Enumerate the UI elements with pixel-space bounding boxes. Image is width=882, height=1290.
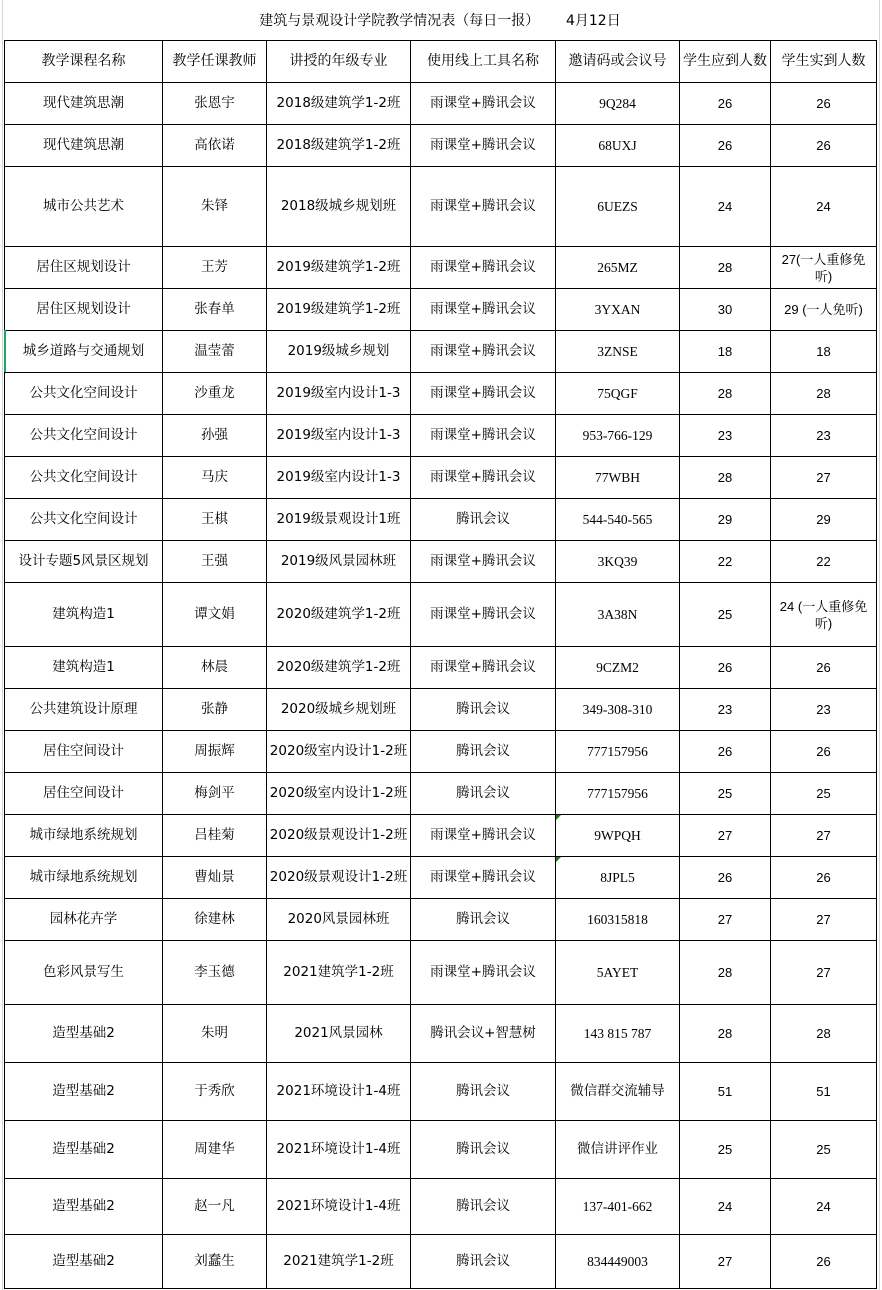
- cell-expected-count[interactable]: 25: [680, 583, 771, 647]
- table-row: 居住区规划设计张春单2019级建筑学1-2班雨课堂+腾讯会议3YXAN3029 …: [5, 289, 877, 331]
- cell-class[interactable]: 2019级建筑学1-2班: [267, 289, 411, 331]
- cell-meeting-code[interactable]: 777157956: [556, 773, 680, 815]
- cell-actual-count[interactable]: 26: [771, 647, 877, 689]
- cell-meeting-code[interactable]: 3YXAN: [556, 289, 680, 331]
- table-row: 公共文化空间设计马庆2019级室内设计1-3雨课堂+腾讯会议77WBH2827: [5, 457, 877, 499]
- table-row: 造型基础2刘蠢生2021建筑学1-2班腾讯会议8344490032726: [5, 1235, 877, 1289]
- cell-teacher[interactable]: 王芳: [163, 247, 267, 289]
- cell-actual-count[interactable]: 27: [771, 457, 877, 499]
- cell-teacher[interactable]: 张恩宇: [163, 83, 267, 125]
- cell-online-tool[interactable]: 腾讯会议: [411, 1179, 556, 1235]
- cell-actual-count[interactable]: 27: [771, 815, 877, 857]
- cell-teacher[interactable]: 李玉德: [163, 941, 267, 1005]
- cell-meeting-code[interactable]: 3A38N: [556, 583, 680, 647]
- cell-expected-count[interactable]: 26: [680, 857, 771, 899]
- cell-comment-marker: [556, 815, 561, 820]
- table-row: 色彩风景写生李玉德2021建筑学1-2班雨课堂+腾讯会议5AYET2827: [5, 941, 877, 1005]
- cell-course-name[interactable]: 城市公共艺术: [5, 167, 163, 247]
- cell-actual-count[interactable]: 29 (一人免听): [771, 289, 877, 331]
- cell-class[interactable]: 2019级城乡规划: [267, 331, 411, 373]
- cell-teacher[interactable]: 刘蠢生: [163, 1235, 267, 1289]
- cell-teacher[interactable]: 梅剑平: [163, 773, 267, 815]
- cell-teacher[interactable]: 徐建林: [163, 899, 267, 941]
- cell-course-name[interactable]: 园林花卉学: [5, 899, 163, 941]
- cell-online-tool[interactable]: 雨课堂+腾讯会议: [411, 857, 556, 899]
- cell-expected-count[interactable]: 25: [680, 1121, 771, 1179]
- cell-course-name[interactable]: 公共建筑设计原理: [5, 689, 163, 731]
- table-row: 现代建筑思潮张恩宇2018级建筑学1-2班雨课堂+腾讯会议9Q2842626: [5, 83, 877, 125]
- cell-class[interactable]: 2021环境设计1-4班: [267, 1179, 411, 1235]
- cell-online-tool[interactable]: 腾讯会议: [411, 689, 556, 731]
- cell-teacher[interactable]: 朱明: [163, 1005, 267, 1063]
- cell-course-name[interactable]: 公共文化空间设计: [5, 415, 163, 457]
- cell-meeting-code[interactable]: 834449003: [556, 1235, 680, 1289]
- cell-expected-count[interactable]: 26: [680, 647, 771, 689]
- cell-course-name[interactable]: 居住空间设计: [5, 773, 163, 815]
- cell-teacher[interactable]: 于秀欣: [163, 1063, 267, 1121]
- table-row: 现代建筑思潮高依诺2018级建筑学1-2班雨课堂+腾讯会议68UXJ2626: [5, 125, 877, 167]
- cell-meeting-code[interactable]: 349-308-310: [556, 689, 680, 731]
- cell-meeting-code[interactable]: 5AYET: [556, 941, 680, 1005]
- cell-course-name[interactable]: 色彩风景写生: [5, 941, 163, 1005]
- cell-actual-count[interactable]: 51: [771, 1063, 877, 1121]
- header-meeting-code[interactable]: 邀请码或会议号: [556, 41, 680, 83]
- cell-course-name[interactable]: 现代建筑思潮: [5, 83, 163, 125]
- cell-expected-count[interactable]: 28: [680, 457, 771, 499]
- cell-meeting-code[interactable]: 75QGF: [556, 373, 680, 415]
- cell-class[interactable]: 2021环境设计1-4班: [267, 1121, 411, 1179]
- cell-course-name[interactable]: 造型基础2: [5, 1235, 163, 1289]
- cell-teacher[interactable]: 王强: [163, 541, 267, 583]
- table-row: 设计专题5风景区规划王强2019级风景园林班雨课堂+腾讯会议3KQ392222: [5, 541, 877, 583]
- cell-teacher[interactable]: 孙强: [163, 415, 267, 457]
- cell-class[interactable]: 2018级城乡规划班: [267, 167, 411, 247]
- cell-actual-count[interactable]: 26: [771, 1235, 877, 1289]
- cell-meeting-code[interactable]: 544-540-565: [556, 499, 680, 541]
- cell-expected-count[interactable]: 30: [680, 289, 771, 331]
- cell-class[interactable]: 2019级室内设计1-3: [267, 415, 411, 457]
- table-row: 造型基础2周建华2021环境设计1-4班腾讯会议微信讲评作业2525: [5, 1121, 877, 1179]
- cell-course-name[interactable]: 造型基础2: [5, 1063, 163, 1121]
- cell-actual-count[interactable]: 23: [771, 415, 877, 457]
- table-row: 城市绿地系统规划曹灿景2020级景观设计1-2班雨课堂+腾讯会议8JPL5262…: [5, 857, 877, 899]
- cell-teacher[interactable]: 温莹蕾: [163, 331, 267, 373]
- cell-actual-count[interactable]: 27: [771, 899, 877, 941]
- cell-online-tool[interactable]: 腾讯会议: [411, 773, 556, 815]
- cell-class[interactable]: 2021风景园林: [267, 1005, 411, 1063]
- header-online-tool[interactable]: 使用线上工具名称: [411, 41, 556, 83]
- table-row: 城乡道路与交通规划温莹蕾2019级城乡规划雨课堂+腾讯会议3ZNSE1818: [5, 331, 877, 373]
- cell-course-name[interactable]: 造型基础2: [5, 1121, 163, 1179]
- table-row: 建筑构造1林晨2020级建筑学1-2班雨课堂+腾讯会议9CZM22626: [5, 647, 877, 689]
- cell-actual-count[interactable]: 28: [771, 373, 877, 415]
- cell-course-name[interactable]: 建筑构造1: [5, 647, 163, 689]
- header-expected-count[interactable]: 学生应到人数: [680, 41, 771, 83]
- cell-meeting-code[interactable]: 6UEZS: [556, 167, 680, 247]
- cell-actual-count[interactable]: 23: [771, 689, 877, 731]
- cell-online-tool[interactable]: 雨课堂+腾讯会议: [411, 583, 556, 647]
- table-row: 居住空间设计梅剑平2020级室内设计1-2班腾讯会议7771579562525: [5, 773, 877, 815]
- cell-expected-count[interactable]: 26: [680, 125, 771, 167]
- cell-actual-count[interactable]: 22: [771, 541, 877, 583]
- cell-actual-count[interactable]: 28: [771, 1005, 877, 1063]
- sheet-gridline-left: [2, 0, 3, 1290]
- cell-class[interactable]: 2019级建筑学1-2班: [267, 247, 411, 289]
- cell-meeting-code[interactable]: 9Q284: [556, 83, 680, 125]
- cell-actual-count[interactable]: 24: [771, 1179, 877, 1235]
- cell-actual-count[interactable]: 27(一人重修免听): [771, 247, 877, 289]
- cell-course-name[interactable]: 公共文化空间设计: [5, 499, 163, 541]
- cell-expected-count[interactable]: 27: [680, 899, 771, 941]
- cell-teacher[interactable]: 马庆: [163, 457, 267, 499]
- cell-course-name[interactable]: 公共文化空间设计: [5, 457, 163, 499]
- cell-expected-count[interactable]: 27: [680, 1235, 771, 1289]
- cell-class[interactable]: 2020级景观设计1-2班: [267, 815, 411, 857]
- cell-actual-count[interactable]: 27: [771, 941, 877, 1005]
- cell-expected-count[interactable]: 28: [680, 941, 771, 1005]
- cell-actual-count[interactable]: 24 (一人重修免听): [771, 583, 877, 647]
- cell-class[interactable]: 2020级建筑学1-2班: [267, 583, 411, 647]
- table-row: 建筑构造1谭文娟2020级建筑学1-2班雨课堂+腾讯会议3A38N2524 (一…: [5, 583, 877, 647]
- selected-cell-indicator: [4, 330, 6, 372]
- teaching-report-table: 教学课程名称教学任课教师讲授的年级专业使用线上工具名称邀请码或会议号学生应到人数…: [4, 40, 877, 1289]
- cell-class[interactable]: 2020风景园林班: [267, 899, 411, 941]
- cell-teacher[interactable]: 张静: [163, 689, 267, 731]
- header-course-name[interactable]: 教学课程名称: [5, 41, 163, 83]
- cell-online-tool[interactable]: 腾讯会议: [411, 1063, 556, 1121]
- cell-online-tool[interactable]: 腾讯会议+智慧树: [411, 1005, 556, 1063]
- cell-class[interactable]: 2020级城乡规划班: [267, 689, 411, 731]
- cell-expected-count[interactable]: 25: [680, 773, 771, 815]
- cell-expected-count[interactable]: 23: [680, 415, 771, 457]
- cell-expected-count[interactable]: 51: [680, 1063, 771, 1121]
- cell-course-name[interactable]: 城市绿地系统规划: [5, 815, 163, 857]
- cell-online-tool[interactable]: 腾讯会议: [411, 499, 556, 541]
- cell-meeting-code[interactable]: 143 815 787: [556, 1005, 680, 1063]
- cell-meeting-code[interactable]: 9CZM2: [556, 647, 680, 689]
- cell-actual-count[interactable]: 26: [771, 857, 877, 899]
- cell-meeting-code[interactable]: 777157956: [556, 731, 680, 773]
- table-row: 公共文化空间设计孙强2019级室内设计1-3雨课堂+腾讯会议953-766-12…: [5, 415, 877, 457]
- cell-expected-count[interactable]: 28: [680, 247, 771, 289]
- cell-course-name[interactable]: 设计专题5风景区规划: [5, 541, 163, 583]
- cell-course-name[interactable]: 居住区规划设计: [5, 289, 163, 331]
- sheet-gridline-right: [879, 0, 880, 1290]
- cell-class[interactable]: 2021建筑学1-2班: [267, 941, 411, 1005]
- sheet-title: 建筑与景观设计学院教学情况表（每日一报） 4月12日: [4, 0, 876, 40]
- cell-course-name[interactable]: 居住空间设计: [5, 731, 163, 773]
- cell-online-tool[interactable]: 雨课堂+腾讯会议: [411, 373, 556, 415]
- cell-meeting-code[interactable]: 77WBH: [556, 457, 680, 499]
- cell-class[interactable]: 2018级建筑学1-2班: [267, 125, 411, 167]
- cell-class[interactable]: 2019级室内设计1-3: [267, 457, 411, 499]
- cell-expected-count[interactable]: 29: [680, 499, 771, 541]
- cell-teacher[interactable]: 周振辉: [163, 731, 267, 773]
- table-row: 公共文化空间设计王棋2019级景观设计1班腾讯会议544-540-5652929: [5, 499, 877, 541]
- cell-actual-count[interactable]: 29: [771, 499, 877, 541]
- cell-teacher[interactable]: 朱铎: [163, 167, 267, 247]
- cell-course-name[interactable]: 造型基础2: [5, 1179, 163, 1235]
- cell-class[interactable]: 2019级风景园林班: [267, 541, 411, 583]
- cell-online-tool[interactable]: 雨课堂+腾讯会议: [411, 125, 556, 167]
- cell-course-name[interactable]: 城乡道路与交通规划: [5, 331, 163, 373]
- cell-online-tool[interactable]: 雨课堂+腾讯会议: [411, 289, 556, 331]
- cell-actual-count[interactable]: 26: [771, 125, 877, 167]
- cell-teacher[interactable]: 林晨: [163, 647, 267, 689]
- cell-teacher[interactable]: 赵一凡: [163, 1179, 267, 1235]
- table-row: 造型基础2赵一凡2021环境设计1-4班腾讯会议137-401-6622424: [5, 1179, 877, 1235]
- header-actual-count[interactable]: 学生实到人数: [771, 41, 877, 83]
- cell-online-tool[interactable]: 腾讯会议: [411, 1235, 556, 1289]
- table-row: 造型基础2朱明2021风景园林腾讯会议+智慧树143 815 7872828: [5, 1005, 877, 1063]
- cell-online-tool[interactable]: 腾讯会议: [411, 731, 556, 773]
- cell-course-name[interactable]: 建筑构造1: [5, 583, 163, 647]
- cell-teacher[interactable]: 沙重龙: [163, 373, 267, 415]
- cell-expected-count[interactable]: 22: [680, 541, 771, 583]
- cell-meeting-code[interactable]: 160315818: [556, 899, 680, 941]
- cell-expected-count[interactable]: 27: [680, 815, 771, 857]
- cell-course-name[interactable]: 公共文化空间设计: [5, 373, 163, 415]
- cell-online-tool[interactable]: 雨课堂+腾讯会议: [411, 331, 556, 373]
- cell-expected-count[interactable]: 24: [680, 1179, 771, 1235]
- cell-expected-count[interactable]: 26: [680, 731, 771, 773]
- table-row: 园林花卉学徐建林2020风景园林班腾讯会议1603158182727: [5, 899, 877, 941]
- cell-online-tool[interactable]: 雨课堂+腾讯会议: [411, 83, 556, 125]
- cell-teacher[interactable]: 吕桂菊: [163, 815, 267, 857]
- cell-course-name[interactable]: 居住区规划设计: [5, 247, 163, 289]
- cell-online-tool[interactable]: 雨课堂+腾讯会议: [411, 541, 556, 583]
- table-row: 居住空间设计周振辉2020级室内设计1-2班腾讯会议7771579562626: [5, 731, 877, 773]
- cell-meeting-code[interactable]: 3ZNSE: [556, 331, 680, 373]
- cell-class[interactable]: 2019级室内设计1-3: [267, 373, 411, 415]
- table-row: 城市公共艺术朱铎2018级城乡规划班雨课堂+腾讯会议6UEZS2424: [5, 167, 877, 247]
- cell-online-tool[interactable]: 雨课堂+腾讯会议: [411, 415, 556, 457]
- cell-class[interactable]: 2019级景观设计1班: [267, 499, 411, 541]
- table-row: 公共文化空间设计沙重龙2019级室内设计1-3雨课堂+腾讯会议75QGF2828: [5, 373, 877, 415]
- cell-actual-count[interactable]: 26: [771, 83, 877, 125]
- cell-meeting-code[interactable]: 9WPQH: [556, 815, 680, 857]
- cell-class[interactable]: 2020级景观设计1-2班: [267, 857, 411, 899]
- cell-class[interactable]: 2018级建筑学1-2班: [267, 83, 411, 125]
- cell-meeting-code[interactable]: 微信讲评作业: [556, 1121, 680, 1179]
- cell-course-name[interactable]: 现代建筑思潮: [5, 125, 163, 167]
- cell-meeting-code[interactable]: 8JPL5: [556, 857, 680, 899]
- cell-actual-count[interactable]: 24: [771, 167, 877, 247]
- cell-teacher[interactable]: 张春单: [163, 289, 267, 331]
- cell-expected-count[interactable]: 28: [680, 373, 771, 415]
- table-row: 公共建筑设计原理张静2020级城乡规划班腾讯会议349-308-3102323: [5, 689, 877, 731]
- cell-expected-count[interactable]: 24: [680, 167, 771, 247]
- cell-expected-count[interactable]: 18: [680, 331, 771, 373]
- cell-class[interactable]: 2021建筑学1-2班: [267, 1235, 411, 1289]
- header-row: 教学课程名称教学任课教师讲授的年级专业使用线上工具名称邀请码或会议号学生应到人数…: [5, 41, 877, 83]
- table-row: 城市绿地系统规划吕桂菊2020级景观设计1-2班雨课堂+腾讯会议9WPQH272…: [5, 815, 877, 857]
- cell-online-tool[interactable]: 雨课堂+腾讯会议: [411, 647, 556, 689]
- cell-online-tool[interactable]: 雨课堂+腾讯会议: [411, 167, 556, 247]
- cell-online-tool[interactable]: 雨课堂+腾讯会议: [411, 815, 556, 857]
- header-teacher[interactable]: 教学任课教师: [163, 41, 267, 83]
- cell-meeting-code[interactable]: 953-766-129: [556, 415, 680, 457]
- cell-teacher[interactable]: 曹灿景: [163, 857, 267, 899]
- cell-meeting-code[interactable]: 68UXJ: [556, 125, 680, 167]
- cell-expected-count[interactable]: 28: [680, 1005, 771, 1063]
- cell-online-tool[interactable]: 腾讯会议: [411, 899, 556, 941]
- cell-meeting-code[interactable]: 微信群交流辅导: [556, 1063, 680, 1121]
- cell-teacher[interactable]: 高依诺: [163, 125, 267, 167]
- table-row: 造型基础2于秀欣2021环境设计1-4班腾讯会议微信群交流辅导5151: [5, 1063, 877, 1121]
- cell-expected-count[interactable]: 26: [680, 83, 771, 125]
- cell-actual-count[interactable]: 18: [771, 331, 877, 373]
- cell-meeting-code[interactable]: 265MZ: [556, 247, 680, 289]
- cell-online-tool[interactable]: 雨课堂+腾讯会议: [411, 941, 556, 1005]
- cell-teacher[interactable]: 谭文娟: [163, 583, 267, 647]
- table-row: 居住区规划设计王芳2019级建筑学1-2班雨课堂+腾讯会议265MZ2827(一…: [5, 247, 877, 289]
- cell-expected-count[interactable]: 23: [680, 689, 771, 731]
- cell-actual-count[interactable]: 25: [771, 1121, 877, 1179]
- header-class[interactable]: 讲授的年级专业: [267, 41, 411, 83]
- cell-actual-count[interactable]: 26: [771, 731, 877, 773]
- cell-class[interactable]: 2020级建筑学1-2班: [267, 647, 411, 689]
- cell-meeting-code[interactable]: 137-401-662: [556, 1179, 680, 1235]
- cell-teacher[interactable]: 王棋: [163, 499, 267, 541]
- cell-course-name[interactable]: 城市绿地系统规划: [5, 857, 163, 899]
- cell-teacher[interactable]: 周建华: [163, 1121, 267, 1179]
- cell-comment-marker: [556, 857, 561, 862]
- cell-online-tool[interactable]: 腾讯会议: [411, 1121, 556, 1179]
- cell-class[interactable]: 2020级室内设计1-2班: [267, 731, 411, 773]
- cell-meeting-code[interactable]: 3KQ39: [556, 541, 680, 583]
- cell-class[interactable]: 2020级室内设计1-2班: [267, 773, 411, 815]
- cell-online-tool[interactable]: 雨课堂+腾讯会议: [411, 457, 556, 499]
- cell-course-name[interactable]: 造型基础2: [5, 1005, 163, 1063]
- cell-online-tool[interactable]: 雨课堂+腾讯会议: [411, 247, 556, 289]
- cell-class[interactable]: 2021环境设计1-4班: [267, 1063, 411, 1121]
- cell-actual-count[interactable]: 25: [771, 773, 877, 815]
